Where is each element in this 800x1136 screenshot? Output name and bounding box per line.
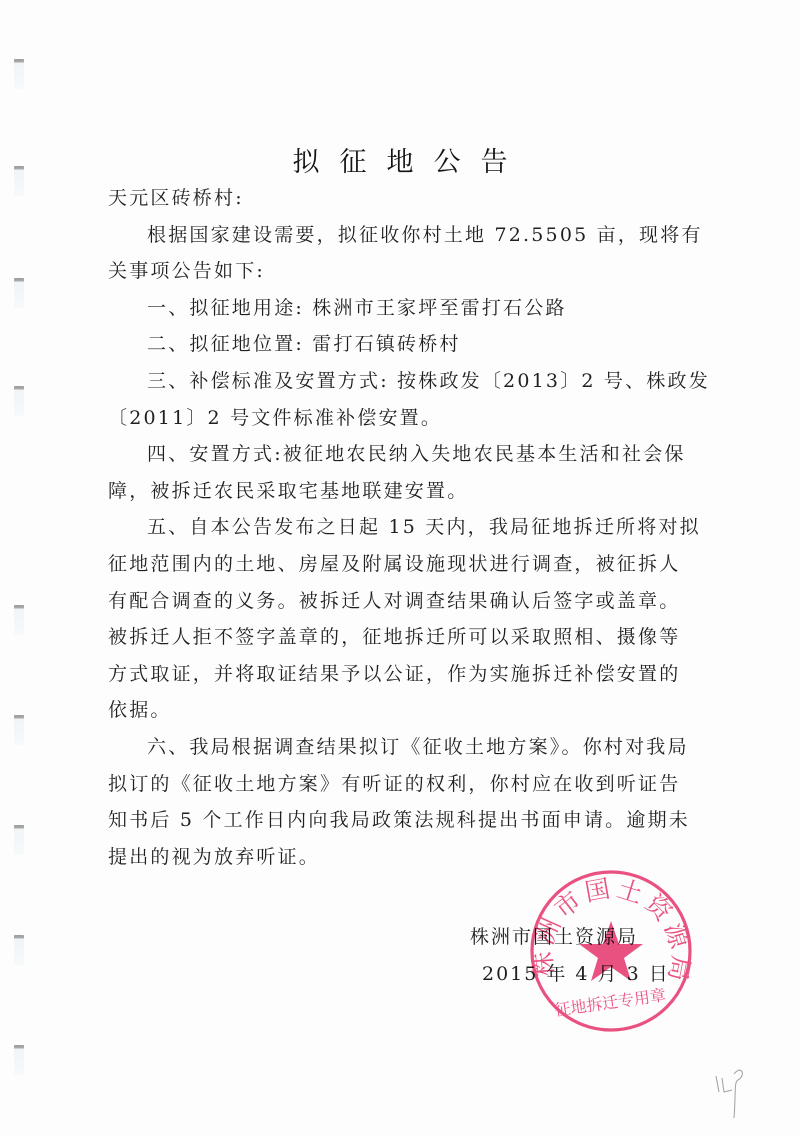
binding-hole-mark [14,1045,24,1075]
item-survey-line: 依据。 [108,692,692,729]
binding-hole-mark [14,935,24,965]
item-survey-line: 方式取证，并将取证结果予以公证，作为实施拆迁补偿安置的 [108,656,692,693]
svg-text:征地拆迁专用章: 征地拆迁专用章 [553,985,667,1019]
intro-paragraph-line: 根据国家建设需要，拟征收你村土地 72.5505 亩，现将有 [108,217,692,254]
item-survey-line: 被拆迁人拒不签字盖章的，征地拆迁所可以采取照相、摄像等 [108,619,692,656]
item-land-location: 二、拟征地位置: 雷打石镇砖桥村 [108,326,692,363]
document-body: 天元区砖桥村: 根据国家建设需要，拟征收你村土地 72.5505 亩，现将有 关… [108,180,692,875]
item-resettlement-line: 障，被拆迁农民采取宅基地联建安置。 [108,473,692,510]
item-hearing-line: 六、我局根据调查结果拟订《征收土地方案》。你村对我局 [108,729,692,766]
handwritten-page-mark-icon [712,1062,752,1122]
addressee: 天元区砖桥村: [108,180,692,217]
item-land-use: 一、拟征地用途: 株洲市王家坪至雷打石公路 [108,290,692,327]
binding-hole-mark [14,825,24,855]
item-hearing-line: 知书后 5 个工作日内向我局政策法规科提出书面申请。逾期未 [108,802,692,839]
item-compensation-line: 〔2011〕2 号文件标准补偿安置。 [108,400,692,437]
binding-hole-mark [14,715,24,745]
item-compensation-line: 三、补偿标准及安置方式: 按株政发〔2013〕2 号、株政发 [108,363,692,400]
document-title: 拟征地公告 [0,140,800,179]
item-survey-line: 征地范围内的土地、房屋及附属设施现状进行调查，被征拆人 [108,546,692,583]
item-hearing-line: 拟订的《征收土地方案》有听证的权利，你村应在收到听证告 [108,766,692,803]
item-survey-line: 有配合调查的义务。被拆迁人对调查结果确认后签字或盖章。 [108,583,692,620]
scanned-document-page: 拟征地公告 天元区砖桥村: 根据国家建设需要，拟征收你村土地 72.5505 亩… [0,0,800,1136]
intro-paragraph-line: 关事项公告如下: [108,253,692,290]
item-survey-line: 五、自本公告发布之日起 15 天内，我局征地拆迁所将对拟 [108,509,692,546]
item-resettlement-line: 四、安置方式:被征地农民纳入失地农民基本生活和社会保 [108,436,692,473]
binding-hole-mark [14,605,24,635]
binding-hole-mark [14,59,24,89]
binding-hole-mark [14,278,24,308]
official-seal-stamp-icon: 株洲市国土资源局 征地拆迁专用章 [528,868,694,1034]
binding-hole-mark [14,386,24,416]
